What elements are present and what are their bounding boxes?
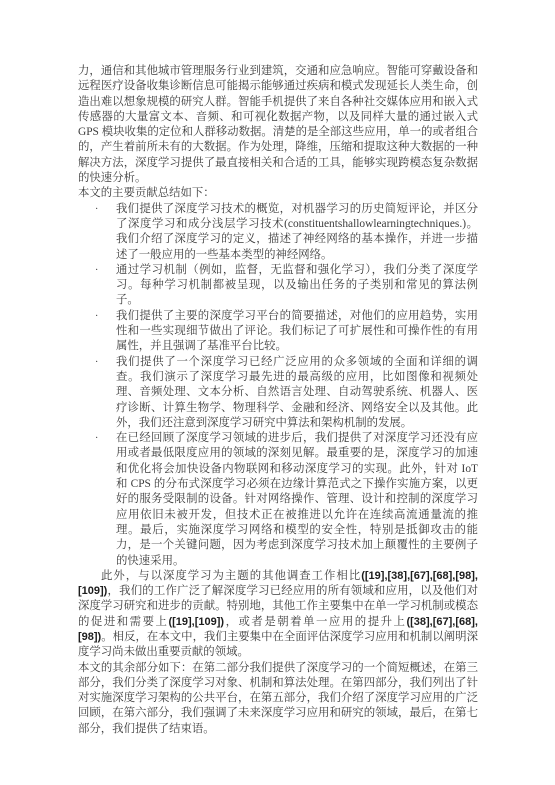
bullet-marker: · [95,309,98,324]
paragraph: 本文的主要贡献总结如下： [78,186,478,201]
bullet-marker: · [95,202,98,217]
text-run: 本文的主要贡献总结如下： [78,187,215,199]
bullet-item: ·我们提供了深度学习技术的概览，对机器学习的历史简短评论，并区分了深度学习和成分… [78,202,478,263]
text-run: 力，通信和其他城市管理服务行业到建筑，交通和应急响应。智能可穿戴设备和远程医疗设… [78,65,478,184]
contribution-list: ·我们提供了深度学习技术的概览，对机器学习的历史简短评论，并区分了深度学习和成分… [78,202,478,569]
text-run: 在已经回顾了深度学习领域的进步后，我们提供了对深度学习还没有应用或者最低限度应用… [116,432,478,566]
bullet-item: ·通过学习机制（例如，监督，无监督和强化学习），我们分类了深度学习。每种学习机制… [78,263,478,309]
text-run: 。相反，在本文中，我们主要集中在全面评估深度学习应用和机制以阐明深度学习尚未做出… [78,631,478,658]
text-run: 本文的其余部分如下：在第二部分我们提供了深度学习的一个简短概述，在第三部分，我们… [78,662,478,735]
text-run: 我们提供了主要的深度学习平台的简要描述，对他们的应用趋势，实用性和一些实现细节做… [116,310,478,353]
text-run: 通过学习机制（例如，监督，无监督和强化学习），我们分类了深度学习。每种学习机制都… [116,264,478,307]
document-page: 力，通信和其他城市管理服务行业到建筑，交通和应急响应。智能可穿戴设备和远程医疗设… [0,0,555,785]
text-run: ，或者是朝着单一应用的提升上 [224,616,406,628]
bullet-marker: · [95,355,98,370]
text-run: 我们提供了一个深度学习已经广泛应用的众多领域的全面和详细的调查。我们演示了深度学… [116,356,478,429]
paragraph: 力，通信和其他城市管理服务行业到建筑，交通和应急响应。智能可穿戴设备和远程医疗设… [78,64,478,186]
paragraph: 此外，与以深度学习为主题的其他调查工作相比([19],[38],[67],[68… [78,569,478,661]
bullet-item: ·我们提供了一个深度学习已经广泛应用的众多领域的全面和详细的调查。我们演示了深度… [78,355,478,431]
text-run: 我们提供了深度学习技术的概览，对机器学习的历史简短评论，并区分了深度学习和成分浅… [116,203,478,261]
citation-refs: ([19],[109]) [168,616,224,628]
paragraph: 本文的其余部分如下：在第二部分我们提供了深度学习的一个简短概述，在第三部分，我们… [78,661,478,737]
bullet-item: ·我们提供了主要的深度学习平台的简要描述，对他们的应用趋势，实用性和一些实现细节… [78,309,478,355]
bullet-item: ·在已经回顾了深度学习领域的进步后，我们提供了对深度学习还没有应用或者最低限度应… [78,431,478,569]
bullet-marker: · [95,263,98,278]
text-run: 此外，与以深度学习为主题的其他调查工作相比 [101,570,361,582]
bullet-marker: · [95,431,98,446]
document-body: 力，通信和其他城市管理服务行业到建筑，交通和应急响应。智能可穿戴设备和远程医疗设… [78,64,478,737]
